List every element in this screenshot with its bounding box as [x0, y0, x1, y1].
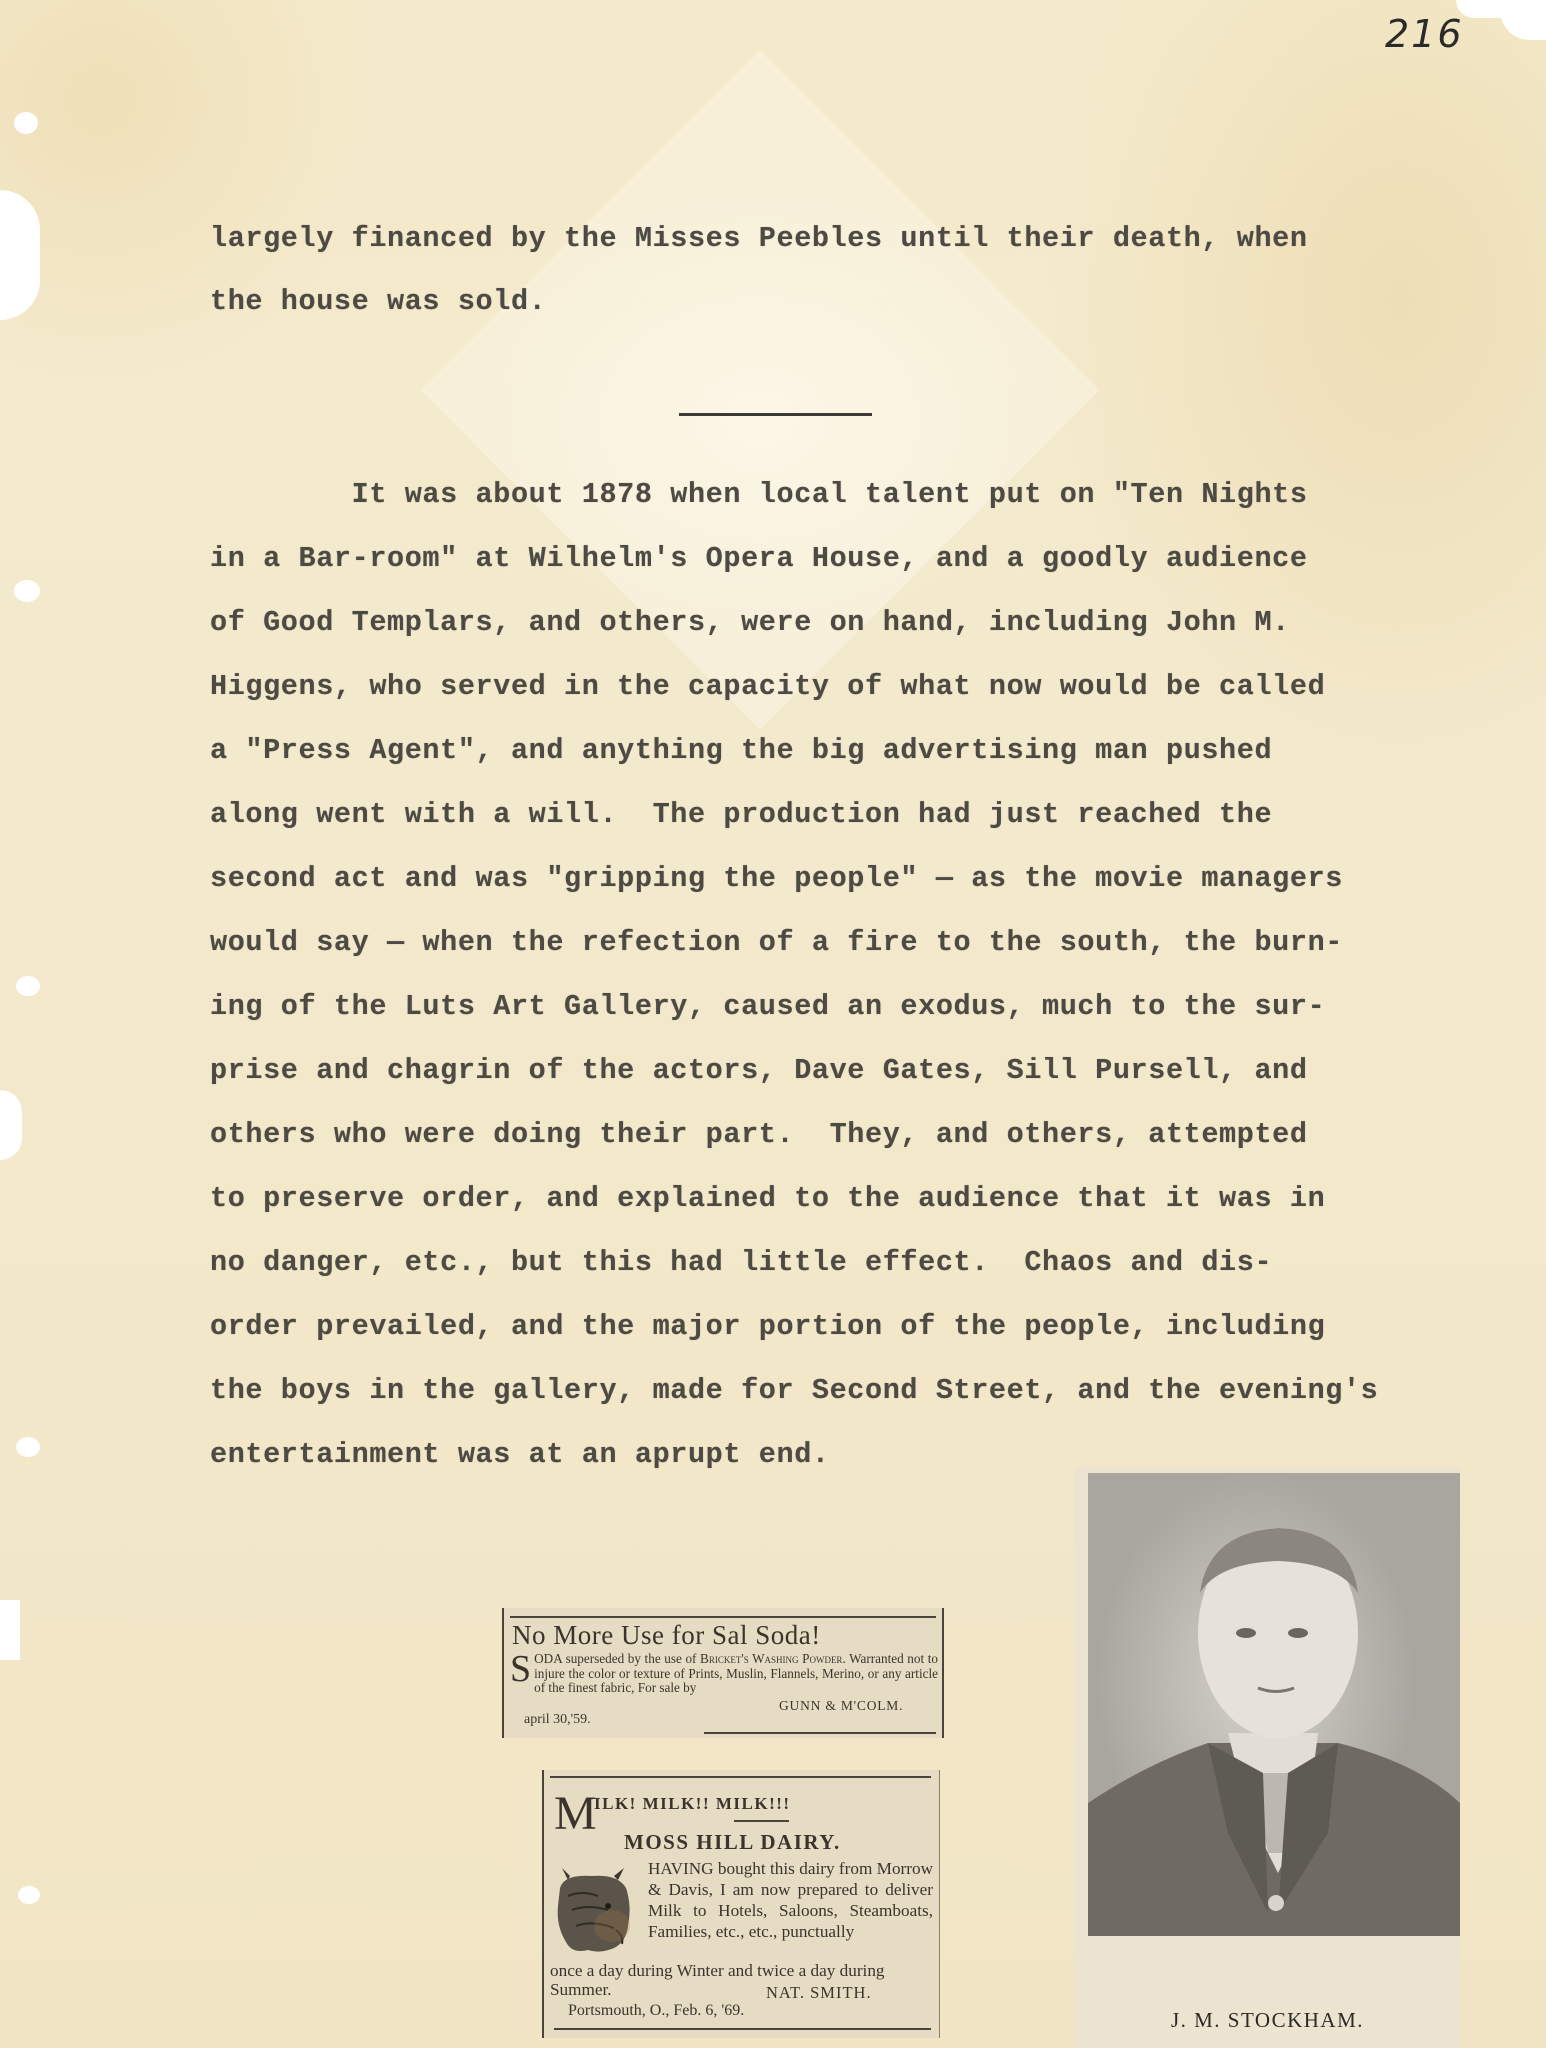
page-number: 216 [1385, 12, 1464, 56]
binder-hole [16, 976, 40, 996]
clipping-border-bottom [554, 2028, 931, 2030]
binder-hole [16, 1437, 40, 1457]
section-divider [679, 413, 872, 416]
paper-edge-corner [1500, 0, 1546, 40]
typed-line: It was about 1878 when local talent put … [210, 478, 1308, 511]
drop-cap: M [554, 1790, 597, 1838]
portrait-figure-icon [1088, 1473, 1460, 1936]
typed-line: Higgens, who served in the capacity of w… [210, 670, 1325, 703]
cow-head-icon [552, 1866, 638, 1956]
binder-hole [14, 112, 38, 134]
headline-rule [734, 1820, 789, 1822]
scanned-page: 216 largely financed by the Misses Peebl… [0, 0, 1546, 2048]
typed-line: largely financed by the Misses Peebles u… [210, 222, 1308, 255]
ad-brand: Bricket's Washing Powder. [700, 1651, 846, 1666]
typed-line: to preserve order, and explained to the … [210, 1182, 1325, 1215]
binder-hole [14, 580, 40, 602]
typed-line: the house was sold. [210, 285, 546, 318]
ad-headline: No More Use for Sal Soda! [512, 1620, 821, 1651]
typed-line: along went with a will. The production h… [210, 798, 1272, 831]
portrait-clipping: J. M. STOCKHAM. [1075, 1467, 1460, 2048]
typed-line: would say — when the refection of a fire… [210, 926, 1343, 959]
ad-body: SODA superseded by the use of Bricket's … [510, 1652, 938, 1696]
typed-line: no danger, etc., but this had little eff… [210, 1246, 1272, 1279]
paper-tear [0, 1600, 20, 1660]
ad-title: MOSS HILL DAIRY. [624, 1830, 841, 1855]
paper-tear [0, 1090, 22, 1160]
binder-hole [18, 1886, 40, 1904]
typed-line: entertainment was at an aprupt end. [210, 1438, 830, 1471]
typed-line: prise and chagrin of the actors, Dave Ga… [210, 1054, 1308, 1087]
ad-place-date: Portsmouth, O., Feb. 6, '69. [568, 2002, 744, 2020]
typed-line: a "Press Agent", and anything the big ad… [210, 734, 1272, 767]
typed-line: the boys in the gallery, made for Second… [210, 1374, 1378, 1407]
ad-body: HAVING bought this dairy from Morrow & D… [648, 1858, 933, 1942]
typed-line: others who were doing their part. They, … [210, 1118, 1308, 1151]
ad-signer: NAT. SMITH. [766, 1983, 872, 2003]
ad-date: april 30,'59. [524, 1712, 591, 1728]
clipping-sal-soda-ad: No More Use for Sal Soda! SODA supersede… [502, 1608, 944, 1738]
drop-cap: S [510, 1654, 531, 1684]
ad-headline: ILK! MILK!! MILK!!! [594, 1794, 791, 1814]
portrait-caption: J. M. STOCKHAM. [1075, 2008, 1460, 2033]
clipping-dairy-ad: M ILK! MILK!! MILK!!! MOSS HILL DAIRY. H… [542, 1770, 940, 2038]
ad-body-start: ODA superseded by the use of [534, 1651, 700, 1666]
paper-tear [0, 190, 40, 320]
typed-line: order prevailed, and the major portion o… [210, 1310, 1325, 1343]
clipping-border-bottom [704, 1732, 936, 1734]
typed-line: ing of the Luts Art Gallery, caused an e… [210, 990, 1325, 1023]
ad-body-continued: once a day during Winter and twice a day… [550, 1961, 935, 1999]
typed-line: of Good Templars, and others, were on ha… [210, 606, 1290, 639]
typed-line: second act and was "gripping the people"… [210, 862, 1343, 895]
clipping-border-top [510, 1616, 936, 1618]
ad-seller: GUNN & M'COLM. [779, 1698, 903, 1714]
portrait-photo [1088, 1473, 1460, 1936]
clipping-border-top [550, 1776, 931, 1778]
typed-line: in a Bar-room" at Wilhelm's Opera House,… [210, 542, 1308, 575]
